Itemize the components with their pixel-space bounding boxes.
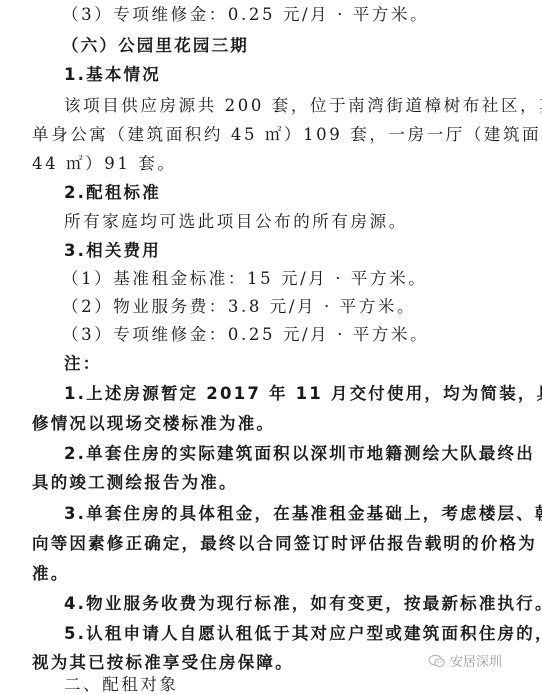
text-line: 准。 bbox=[32, 563, 69, 585]
text-line: 该项目供应房源共 200 套，位于南湾街道樟树布社区，其中 bbox=[64, 95, 542, 117]
text-line: 向等因素修正确定，最终以合同签订时评估报告载明的价格为 bbox=[32, 533, 537, 555]
watermark: 安居深圳 bbox=[428, 651, 502, 670]
wechat-icon bbox=[428, 654, 446, 668]
text-line: 44 ㎡）91 套。 bbox=[32, 153, 176, 175]
text-line: （六）公园里花园三期 bbox=[62, 35, 249, 57]
text-line: 1.基本情况 bbox=[64, 64, 161, 86]
text-line: 二、配租对象 bbox=[64, 674, 179, 694]
text-line: 单身公寓（建筑面积约 45 ㎡）109 套，一房一厅（建筑面积约 bbox=[32, 124, 542, 146]
text-line: 注： bbox=[64, 353, 101, 375]
text-line: 修情况以现场交楼标准为准。 bbox=[32, 413, 275, 435]
text-line: 2.单套住房的实际建筑面积以深圳市地籍测绘大队最终出 bbox=[64, 443, 535, 465]
text-line: （1）基准租金标准：15 元/月 · 平方米。 bbox=[62, 268, 427, 290]
text-line: 4.物业服务收费为现行标准，如有变更，按最新标准执行。 bbox=[64, 593, 542, 615]
text-line: 所有家庭均可选此项目公布的所有房源。 bbox=[64, 211, 408, 233]
watermark-label: 安居深圳 bbox=[450, 651, 502, 670]
text-line: 5.认租申请人自愿认租低于其对应户型或建筑面积住房的， bbox=[64, 623, 542, 645]
text-line: 具的竣工测绘报告为准。 bbox=[32, 472, 238, 494]
text-line: （3）专项维修金：0.25 元/月 · 平方米。 bbox=[62, 4, 429, 26]
text-line: 3.单套住房的具体租金，在基准租金基础上，考虑楼层、朝 bbox=[64, 503, 542, 525]
text-line: （3）专项维修金：0.25 元/月 · 平方米。 bbox=[62, 324, 429, 346]
text-line: 2.配租标准 bbox=[64, 182, 161, 204]
text-line: 1.上述房源暂定 2017 年 11 月交付使用，均为简装，具体装 bbox=[64, 383, 542, 405]
text-line: 3.相关费用 bbox=[64, 240, 161, 262]
text-line: （2）物业服务费：3.8 元/月 · 平方米。 bbox=[62, 296, 416, 318]
text-line: 视为其已按标准享受住房保障。 bbox=[32, 652, 294, 674]
